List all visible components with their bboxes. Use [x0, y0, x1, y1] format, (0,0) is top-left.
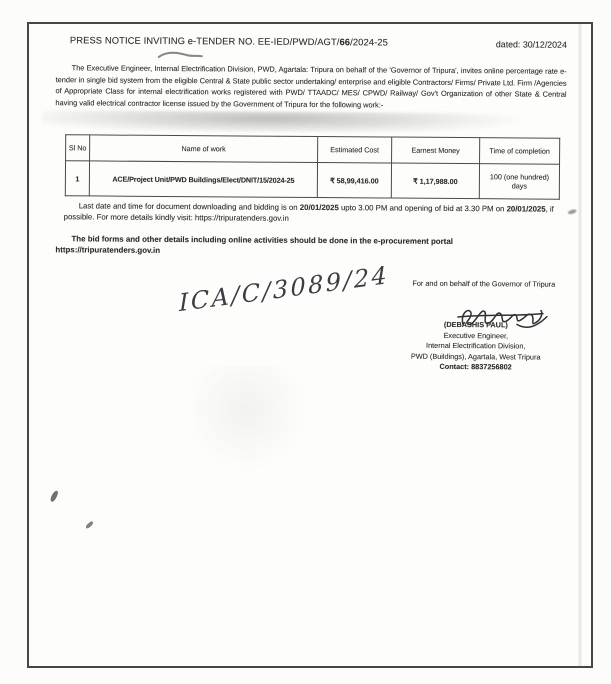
header-cell-sl-no: Sl No — [66, 135, 90, 161]
cell-estimated-cost: ₹ 58,99,416.00 — [317, 163, 391, 199]
notice-title: PRESS NOTICE INVITING e-TENDER NO. EE-IE… — [70, 34, 388, 47]
pen-mark — [157, 49, 205, 61]
portal-note: The bid forms and other details includin… — [55, 233, 555, 259]
header-cell-name-of-work: Name of work — [90, 135, 318, 163]
schedule-paragraph: Last date and time for document download… — [64, 200, 560, 226]
cell-time-of-completion: 100 (one hundred) days — [479, 164, 559, 200]
ink-mark — [49, 490, 59, 503]
header-cell-earnest-money: Earnest Money — [392, 137, 480, 164]
portal-url: https://tripuratenders.gov.in — [55, 245, 555, 260]
cell-earnest-money: ₹ 1,17,988.00 — [391, 163, 479, 199]
bid-deadline-date: 20/01/2025 — [300, 203, 339, 212]
ink-mark — [85, 520, 94, 529]
work-table: Sl No Name of work Estimated Cost Earnes… — [65, 134, 560, 199]
on-behalf-line: For and on behalf of the Governor of Tri… — [412, 279, 555, 289]
cell-sl-no: 1 — [65, 161, 89, 196]
signatory-office: PWD (Buildings), Agartala, West Tripura — [401, 351, 551, 363]
notice-title-suffix: /2024-25 — [350, 36, 388, 47]
notice-date: dated: 30/12/2024 — [496, 39, 567, 49]
header-cell-estimated-cost: Estimated Cost — [318, 137, 392, 164]
bid-opening-date: 20/01/2025 — [507, 204, 546, 213]
notice-content: PRESS NOTICE INVITING e-TENDER NO. EE-IE… — [25, 24, 591, 670]
table-row: 1 ACE/Project Unit/PWD Buildings/Elect/D… — [65, 161, 559, 199]
notice-number-bold: 66 — [339, 36, 350, 47]
notice-title-prefix: PRESS NOTICE INVITING e-TENDER NO. EE-IE… — [70, 34, 340, 47]
scan-fold-shadow — [42, 110, 576, 134]
signatory-contact: Contact: 8837256802 — [401, 362, 551, 374]
work-table-header-row: Sl No Name of work Estimated Cost Earnes… — [66, 135, 560, 164]
schedule-middle: upto 3.00 PM and opening of bid at 3.30 … — [339, 203, 507, 213]
scanned-notice-sheet: PRESS NOTICE INVITING e-TENDER NO. EE-IE… — [27, 22, 593, 668]
signature-block: (DEBASHIS PAUL) Executive Engineer, Inte… — [401, 320, 551, 374]
schedule-lead: Last date and time for document download… — [79, 201, 300, 212]
ink-mark — [567, 209, 577, 216]
intro-paragraph: The Executive Engineer, Internal Electri… — [55, 62, 566, 112]
scan-smudge — [186, 365, 307, 476]
header-cell-time-of-completion: Time of completion — [480, 138, 560, 165]
cell-name-of-work: ACE/Project Unit/PWD Buildings/Elect/DNI… — [89, 161, 317, 198]
handwritten-reference: ICA/C/3089/24 — [179, 259, 408, 318]
